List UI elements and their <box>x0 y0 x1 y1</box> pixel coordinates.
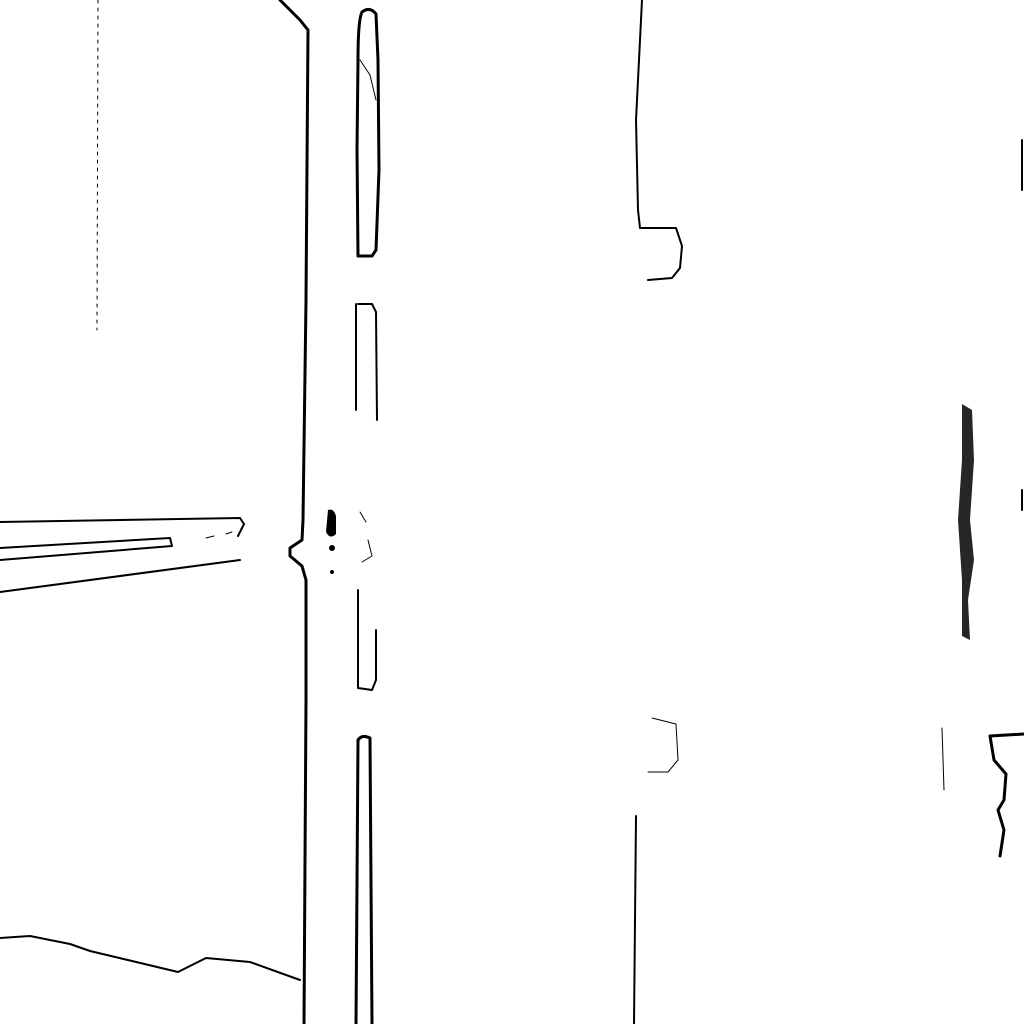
lock-strip-middle <box>356 304 377 420</box>
lock-strip-bottom <box>356 736 372 1024</box>
door-line-drawing <box>0 0 1024 1024</box>
hinge-upper <box>636 0 682 280</box>
hinge-lower <box>648 718 678 772</box>
door-frame-edge <box>280 0 308 1024</box>
keyhole-icon <box>326 510 336 537</box>
screw-icon <box>329 545 335 551</box>
lever-handle[interactable] <box>0 518 244 592</box>
floor-edge-line <box>0 936 300 980</box>
handle-detail <box>206 532 232 538</box>
lock-strip-upper <box>357 9 379 256</box>
door-edge-lower <box>634 816 636 1024</box>
strip-detail <box>360 60 376 100</box>
wall-crack-line <box>990 734 1024 856</box>
weatherstrip-texture <box>958 404 974 640</box>
latch-detail <box>360 512 372 562</box>
wall-faint-line <box>942 728 944 790</box>
lever-handle-inner <box>0 538 172 560</box>
screw-icon <box>330 570 334 574</box>
lock-strip-lower <box>358 590 376 690</box>
wall-edge-line <box>97 0 98 330</box>
